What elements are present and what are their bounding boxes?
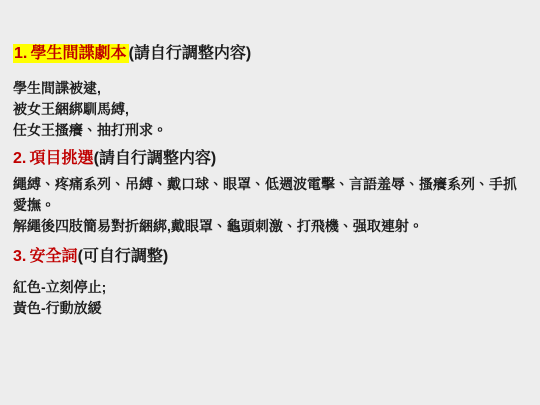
paragraph-line: 繩縛、疼痛系列、吊縛、戴口球、眼罩、低週波電擊、言語羞辱、搔癢系列、手抓愛撫。 <box>13 176 517 213</box>
section-1-paragraph: 學生間諜被逮, 被女王綑綁馴馬縛, 任女王搔癢、抽打刑求。 <box>13 78 528 141</box>
paragraph-line: 被女王綑綁馴馬縛, <box>13 101 129 117</box>
section-2-note: (請自行調整内容) <box>94 150 217 167</box>
paragraph-line: 任女王搔癢、抽打刑求。 <box>13 122 167 138</box>
section-2-paragraph: 繩縛、疼痛系列、吊縛、戴口球、眼罩、低週波電擊、言語羞辱、搔癢系列、手抓愛撫。 … <box>13 174 528 237</box>
document-body: 1. 學生間諜劇本(請自行調整内容) 學生間諜被逮, 被女王綑綁馴馬縛, 任女王… <box>0 0 540 405</box>
section-1-highlight: 1. 學生間諜劇本 <box>13 44 129 63</box>
paragraph-line: 解繩後四肢簡易對折綑綁,戴眼罩、龜頭刺激、打飛機、强取連射。 <box>13 218 423 234</box>
section-1-title: 學生間諜劇本 <box>31 45 127 62</box>
section-3-title: 安全詞 <box>30 248 78 265</box>
section-1-number: 1. <box>14 45 27 62</box>
section-2-title: 項目挑選 <box>30 150 94 167</box>
section-2-number: 2. <box>13 150 26 167</box>
section-3-note: (可自行調整) <box>78 248 169 265</box>
section-3-paragraph: 紅色-立刻停止; 黃色-行動放緩 <box>13 277 528 319</box>
paragraph-line: 學生間諜被逮, <box>13 80 101 96</box>
section-1-heading: 1. 學生間諜劇本(請自行調整内容) <box>13 44 528 64</box>
section-2-heading: 2. 項目挑選(請自行調整内容) <box>13 149 528 169</box>
section-1-note: (請自行調整内容) <box>129 45 252 62</box>
paragraph-line: 黃色-行動放緩 <box>13 300 102 316</box>
paragraph-line: 紅色-立刻停止; <box>13 279 106 295</box>
section-3-heading: 3. 安全詞(可自行調整) <box>13 247 528 267</box>
section-3-number: 3. <box>13 248 26 265</box>
